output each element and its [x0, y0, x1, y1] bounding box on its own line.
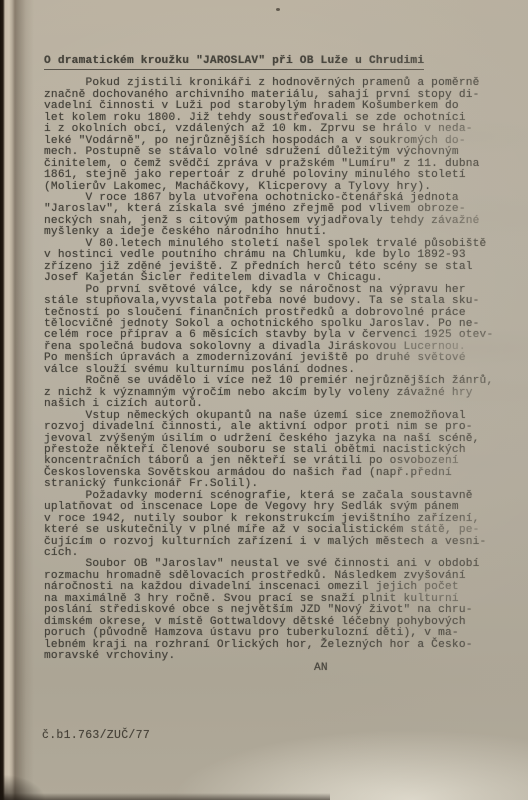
text-line: Ročně se uvádělo i více než 10 premiér n… [44, 376, 514, 387]
text-line: Josef Kajetán Šicler ředitelem divadla v… [44, 273, 514, 284]
text-line: v hostinci vedle poutního chrámu na Chlu… [44, 250, 514, 261]
text-line: našich i cizích autorů. [44, 399, 514, 410]
text-line: mech. Postupně se stávalo volné sdružení… [44, 147, 514, 158]
paragraph: Požadavky moderní scénografie, která se … [44, 491, 514, 560]
page-corner-shadow [0, 774, 46, 800]
document-body: Pokud zjistili kronikáři z hodnověrných … [44, 78, 514, 662]
page-bottom-edge [0, 793, 330, 800]
text-line: které se uskutečnily v plné míře až v so… [44, 525, 514, 536]
text-line: stále stupňovala,vyvstala potřeba nové b… [44, 296, 514, 307]
paragraph: Po první světové válce, kdy se náročnost… [44, 285, 514, 377]
document-content: O dramatickém kroužku "JAROSLAV" při OB … [44, 56, 514, 674]
text-line: rozvoj divadelní činnosti, ale aktivní o… [44, 422, 514, 433]
page-gutter-shadow [0, 0, 34, 800]
paragraph: V 80.letech minulého století našel spole… [44, 239, 514, 285]
text-line: moravské vrchoviny. [44, 651, 514, 662]
paragraph: Ročně se uvádělo i více než 10 premiér n… [44, 376, 514, 410]
document-reference-number: č.b1.763/ZUČ/77 [42, 729, 150, 742]
paragraph: Pokud zjistili kronikáři z hodnověrných … [44, 78, 514, 193]
paragraph: V roce 1867 byla utvořena ochotnicko-čte… [44, 193, 514, 239]
document-title: O dramatickém kroužku "JAROSLAV" při OB … [44, 56, 424, 70]
paragraph: Vstup německých okupantů na naše území s… [44, 411, 514, 491]
scanned-page: O dramatickém kroužku "JAROSLAV" při OB … [0, 0, 528, 800]
ink-speck [276, 8, 280, 11]
text-line: poruch (původně Hamzova ústavu pro tuber… [44, 628, 514, 639]
author-initials: AN [44, 663, 514, 674]
text-line: uplatňovat od inscenace Lope de Vegovy h… [44, 502, 514, 513]
text-line: čujícím o rozvoj kulturních zařízení i v… [44, 537, 514, 548]
text-line: 1861, stejně jako repertoár z druhé polo… [44, 170, 514, 181]
text-line: i z okolních obcí, vzdálených až 10 km. … [44, 124, 514, 135]
paragraph: Soubor OB "Jaroslav" neustal ve své činn… [44, 559, 514, 662]
